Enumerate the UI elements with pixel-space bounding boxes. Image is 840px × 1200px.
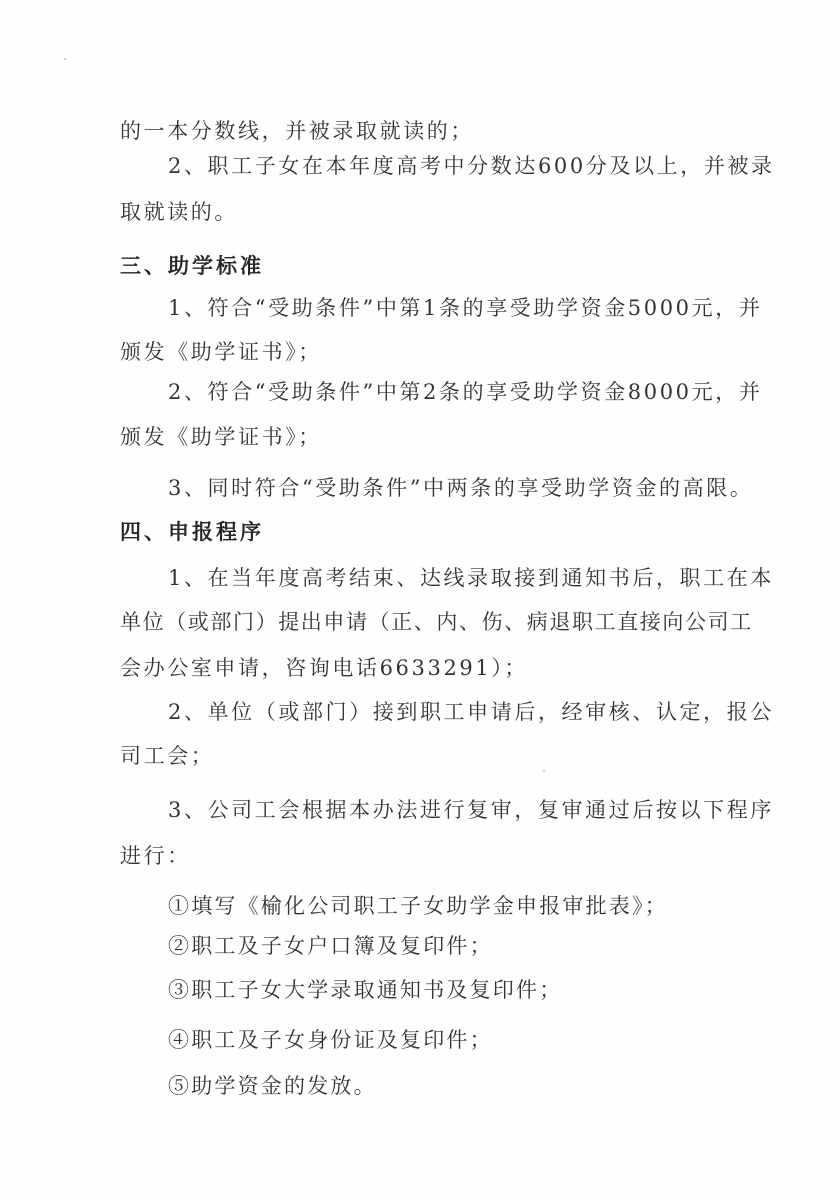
text-line-15: 司工会； — [120, 742, 214, 770]
section-heading-3: 三、助学标准 — [120, 252, 264, 280]
list-item-2: ②职工及子女户口簿及复印件； — [168, 932, 493, 960]
text-line-3: 取就读的。 — [120, 198, 238, 226]
text-line-6: 颁发《助学证书》； — [120, 338, 322, 366]
text-line-2: 2、职工子女在本年度高考中分数达600分及以上，并被录 — [168, 152, 775, 180]
list-item-4: ④职工及子女身份证及复印件； — [168, 1026, 493, 1054]
text-line-14: 2、单位（或部门）接到职工申请后，经审核、认定，报公 — [168, 698, 774, 726]
text-line-12: 单位（或部门）提出申请（正、内、伤、病退职工直接向公司工 — [120, 608, 753, 636]
scanned-document-page: 的一本分数线，并被录取就读的； 2、职工子女在本年度高考中分数达600分及以上，… — [0, 0, 840, 1200]
text-line-17: 进行： — [120, 842, 191, 870]
list-item-1: ①填写《榆化公司职工子女助学金申报审批表》； — [168, 892, 668, 920]
text-line-11: 1、在当年度高考结束、达线录取接到通知书后，职工在本 — [168, 564, 774, 592]
text-line-7: 2、符合“受助条件”中第2条的享受助学资金8000元，并 — [168, 378, 762, 406]
text-line-8: 颁发《助学证书》； — [120, 423, 322, 451]
section-heading-4: 四、申报程序 — [120, 518, 264, 546]
text-line-1: 的一本分数线，并被录取就读的； — [120, 117, 474, 145]
list-item-5: ⑤助学资金的发放。 — [168, 1072, 377, 1100]
scan-speck — [64, 58, 66, 60]
scan-speck — [543, 770, 545, 772]
text-line-13: 会办公室申请，咨询电话6633291）； — [120, 654, 528, 682]
text-line-5: 1、符合“受助条件”中第1条的享受助学资金5000元，并 — [168, 294, 762, 322]
list-item-3: ③职工子女大学录取通知书及复印件； — [168, 976, 562, 1004]
text-line-16: 3、公司工会根据本办法进行复审，复审通过后按以下程序 — [168, 796, 774, 824]
text-line-9: 3、同时符合“受助条件”中两条的享受助学资金的高限。 — [168, 474, 753, 502]
